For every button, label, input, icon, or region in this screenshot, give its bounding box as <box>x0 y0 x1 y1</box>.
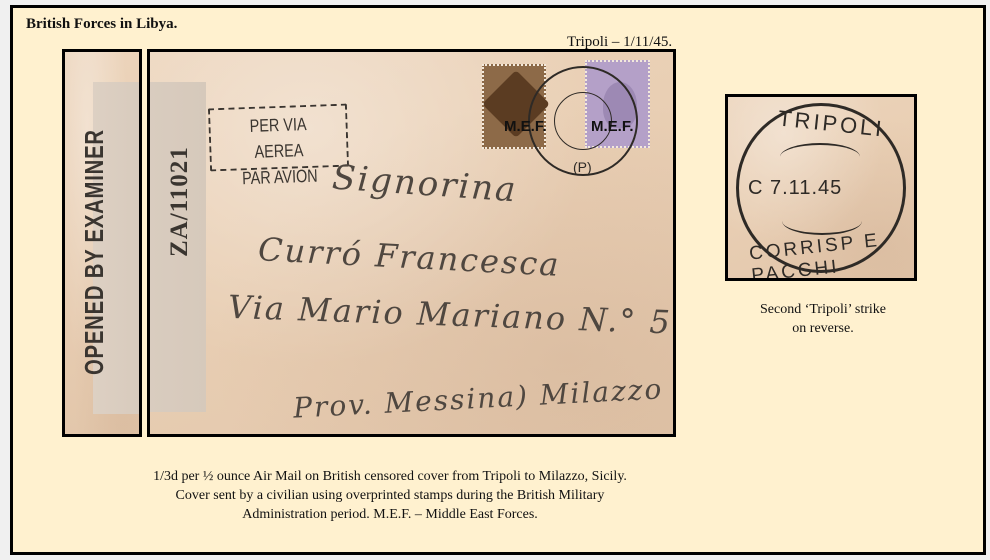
cover-front-image: ZA/11021 PER VIA AEREA PAR AVION (P) M.E… <box>147 49 676 437</box>
censor-label: OPENED BY EXAMINER <box>79 129 110 375</box>
airmail-cachet-line: PER VIA AEREA <box>224 110 334 166</box>
postmark-letter: (P) <box>573 159 592 175</box>
cover-reverse-image: TRIPOLI C 7.11.45 CORRISP E PACCHI <box>725 94 917 281</box>
stamp-overprint: M.E.F. <box>504 118 547 135</box>
postmark-date: C 7.11.45 <box>748 177 842 200</box>
postmark-arc <box>780 143 860 171</box>
page-title: British Forces in Libya. <box>26 16 177 33</box>
caption-line: Administration period. M.E.F. – Middle E… <box>80 505 700 524</box>
caption-line: on reverse. <box>728 319 918 338</box>
airmail-cachet-line: PAR AVION <box>225 162 334 192</box>
stamp-overprint: M.E.F. <box>591 118 634 135</box>
postmark-arc <box>782 207 862 235</box>
caption-line: Second ‘Tripoli’ strike <box>728 300 918 319</box>
censor-strip-image: OPENED BY EXAMINER <box>62 49 142 437</box>
airmail-cachet: PER VIA AEREA PAR AVION <box>208 104 349 172</box>
censor-number: ZA/11021 <box>166 146 194 257</box>
reverse-caption: Second ‘Tripoli’ strike on reverse. <box>728 300 918 338</box>
caption-line: Cover sent by a civilian using overprint… <box>80 486 700 505</box>
caption-line: 1/3d per ½ ounce Air Mail on British cen… <box>80 467 700 486</box>
main-caption: 1/3d per ½ ounce Air Mail on British cen… <box>80 467 700 524</box>
